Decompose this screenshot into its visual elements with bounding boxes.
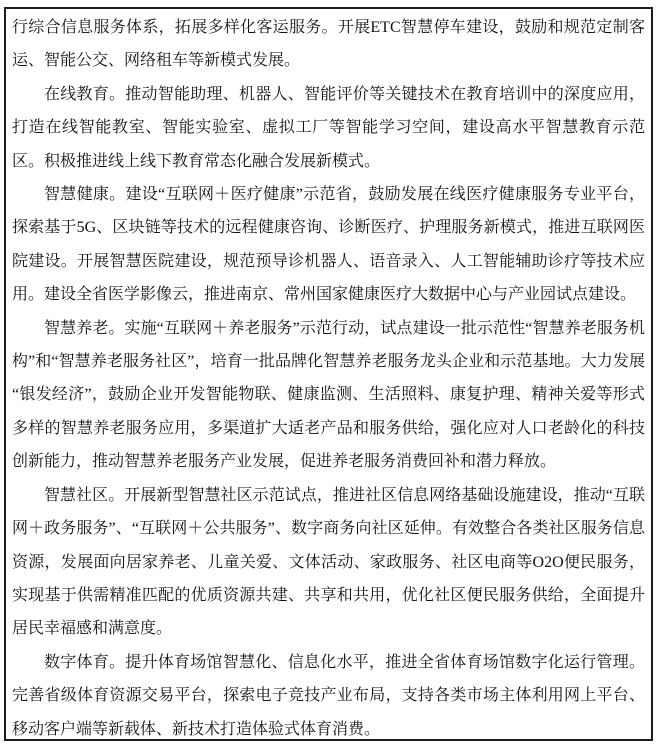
paragraph: 行综合信息服务体系，拓展多样化客运服务。开展ETC智慧停车建设，鼓励和规范定制客… [12, 11, 645, 78]
paragraph: 数字体育。提升体育场馆智慧化、信息化水平，推进全省体育场馆数字化运行管理。完善省… [12, 646, 645, 746]
paragraph: 智慧养老。实施“互联网＋养老服务”示范行动，试点建设一批示范性“智慧养老服务机构… [12, 312, 645, 479]
document-page: 行综合信息服务体系，拓展多样化客运服务。开展ETC智慧停车建设，鼓励和规范定制客… [0, 0, 659, 750]
page-border: 行综合信息服务体系，拓展多样化客运服务。开展ETC智慧停车建设，鼓励和规范定制客… [4, 7, 653, 741]
paragraph: 智慧社区。开展新型智慧社区示范试点，推进社区信息网络基础设施建设，推动“互联网＋… [12, 479, 645, 646]
document-body-text: 行综合信息服务体系，拓展多样化客运服务。开展ETC智慧停车建设，鼓励和规范定制客… [12, 11, 645, 746]
paragraph: 智慧健康。建设“互联网＋医疗健康”示范省，鼓励发展在线医疗健康服务专业平台，探索… [12, 178, 645, 312]
paragraph: 在线教育。推动智能助理、机器人、智能评价等关键技术在教育培训中的深度应用，打造在… [12, 78, 645, 178]
